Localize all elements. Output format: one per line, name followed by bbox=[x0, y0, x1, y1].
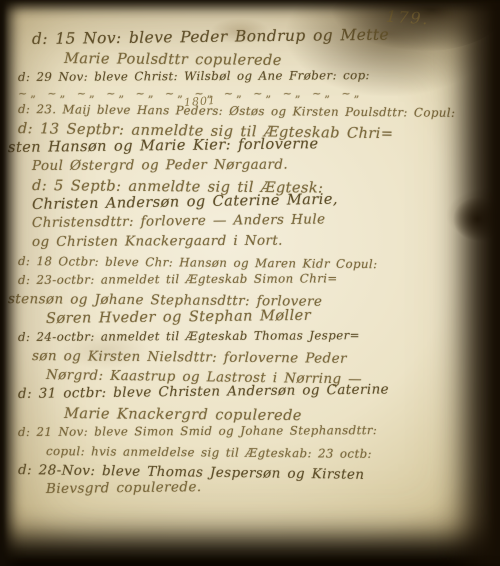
manuscript-line: Søren Hveder og Stephan Møller bbox=[46, 304, 458, 328]
manuscript-line: d: 23-octbr: anmeldet til Ægteskab Simon… bbox=[18, 269, 458, 290]
manuscript-text-block: d: 15 Nov: bleve Peder Bondrup og Mette … bbox=[18, 30, 458, 499]
manuscript-line: d: 29 Nov: bleve Christ: Wilsbøl og Ane … bbox=[18, 66, 458, 87]
manuscript-line: copul: hvis anmeldelse sig til Ægteskab:… bbox=[46, 442, 458, 465]
scanned-manuscript-photo: { "page": { "number": "179.", "year_note… bbox=[0, 0, 500, 566]
manuscript-line: d: 31 octbr: bleve Christen Andersøn og … bbox=[18, 380, 458, 404]
manuscript-line: sten Hansøn og Marie Kier: forloverne bbox=[8, 133, 458, 157]
manuscript-line: Poul Østergrd og Peder Nørgaard. bbox=[32, 155, 458, 176]
manuscript-line: Bievsgrd copulerede. bbox=[46, 475, 458, 499]
manuscript-line: Christensdttr: forlovere — Anders Hule bbox=[32, 209, 458, 233]
squiggle-divider: ~„ ~„ ~„ ~„ ~„ ~„ ~„ ~„ ~„ ~„ ~„ ~„ bbox=[18, 87, 458, 100]
manuscript-line: d: 24-octbr: anmeldet til Ægteskab Thoma… bbox=[18, 326, 458, 347]
manuscript-line: og Christen Knackergaard i Nort. bbox=[32, 231, 458, 252]
manuscript-page: 179. 1801 d: 15 Nov: bleve Peder Bondrup… bbox=[0, 0, 500, 566]
manuscript-line: d: 21 Nov: bleve Simon Smid og Johane St… bbox=[18, 421, 458, 442]
ink-blot bbox=[452, 196, 500, 242]
manuscript-line: d: 15 Nov: bleve Peder Bondrup og Mette bbox=[32, 25, 458, 49]
